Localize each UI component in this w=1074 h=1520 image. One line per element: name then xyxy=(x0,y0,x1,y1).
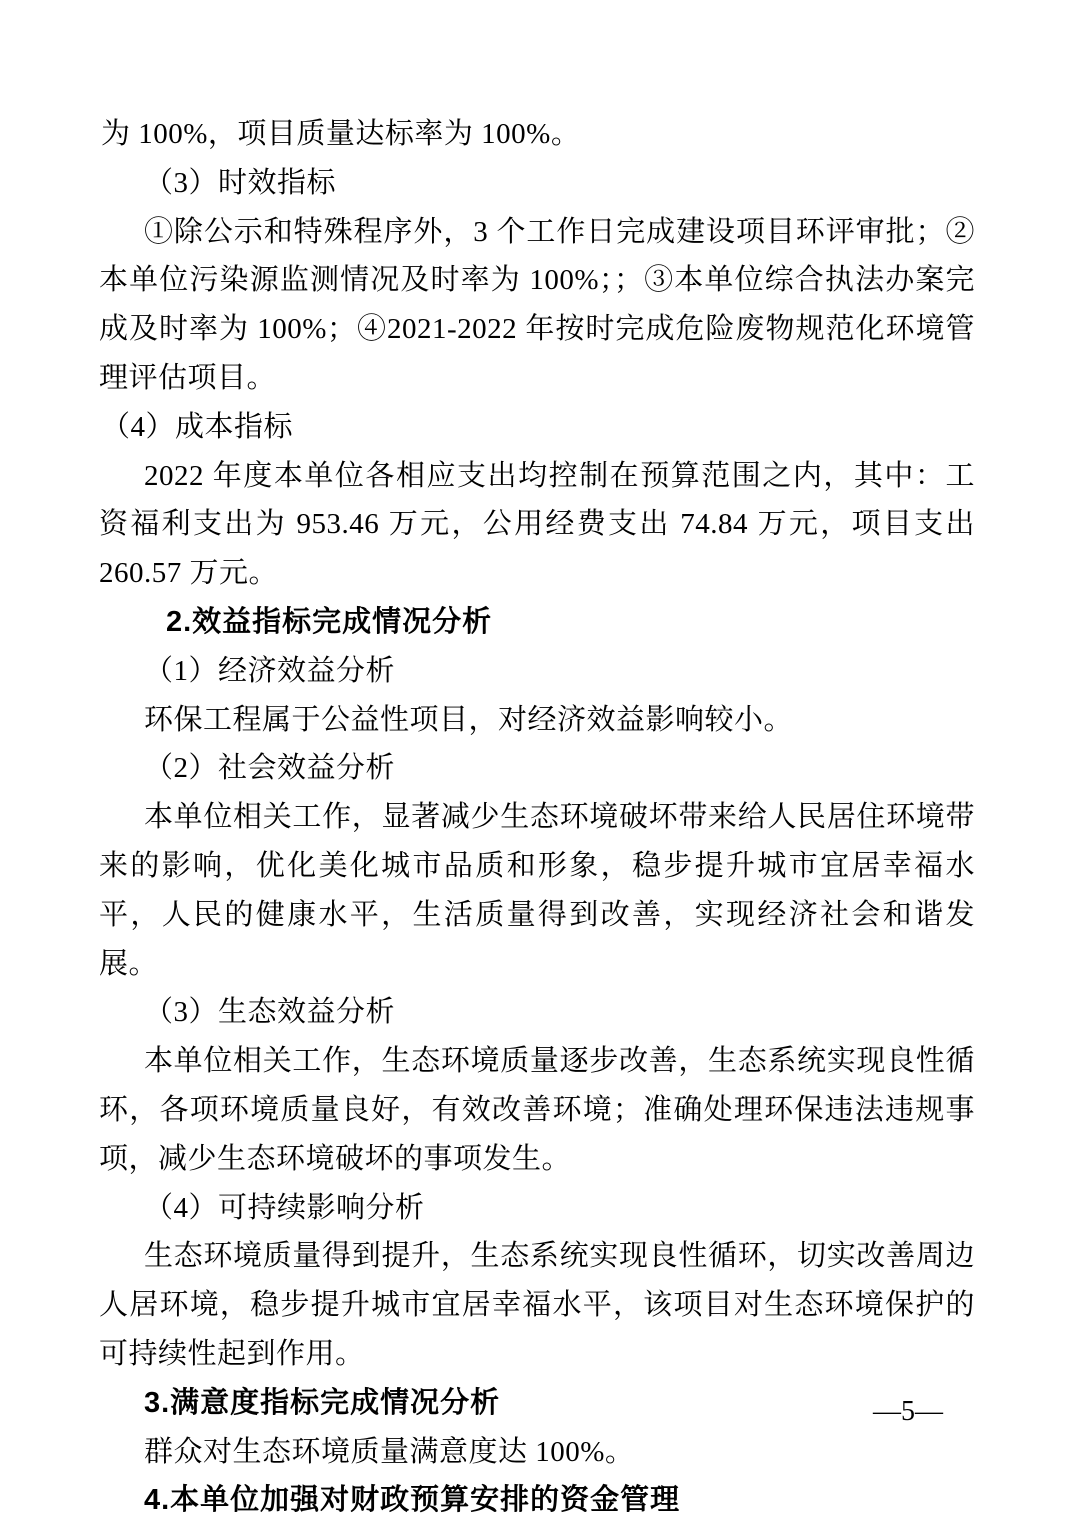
subheading: （4）成本指标 xyxy=(99,403,975,452)
subheading: （4）可持续影响分析 xyxy=(99,1184,975,1233)
paragraph: 2022 年度本单位各相应支出均控制在预算范围之内，其中：工资福利支出为 953… xyxy=(99,452,975,598)
section-heading-3: 3.满意度指标完成情况分析 xyxy=(99,1379,975,1428)
paragraph: 群众对生态环境质量满意度达 100%。 xyxy=(99,1428,975,1477)
paragraph: 本单位相关工作，生态环境质量逐步改善，生态系统实现良性循环，各项环境质量良好，有… xyxy=(99,1037,975,1183)
section-heading-2: 2.效益指标完成情况分析 xyxy=(99,598,975,647)
subheading: （1）经济效益分析 xyxy=(99,647,975,696)
page-body: 为 100%，项目质量达标率为 100%。 （3）时效指标 ①除公示和特殊程序外… xyxy=(99,110,975,1520)
subheading: （3）生态效益分析 xyxy=(99,988,975,1037)
paragraph: 环保工程属于公益性项目，对经济效益影响较小。 xyxy=(99,696,975,745)
paragraph: 本单位相关工作，显著减少生态环境破坏带来给人民居住环境带来的影响，优化美化城市品… xyxy=(99,793,975,988)
paragraph: ①除公示和特殊程序外，3 个工作日完成建设项目环评审批；②本单位污染源监测情况及… xyxy=(99,208,975,403)
subheading: （2）社会效益分析 xyxy=(99,744,975,793)
paragraph: 为 100%，项目质量达标率为 100%。 xyxy=(99,110,975,159)
page-number: —5— xyxy=(872,1396,944,1428)
document-page: 为 100%，项目质量达标率为 100%。 （3）时效指标 ①除公示和特殊程序外… xyxy=(0,0,1074,1520)
subheading: （3）时效指标 xyxy=(99,159,975,208)
section-heading-4: 4.本单位加强对财政预算安排的资金管理 xyxy=(99,1476,975,1520)
paragraph: 生态环境质量得到提升，生态系统实现良性循环，切实改善周边人居环境，稳步提升城市宜… xyxy=(99,1232,975,1378)
